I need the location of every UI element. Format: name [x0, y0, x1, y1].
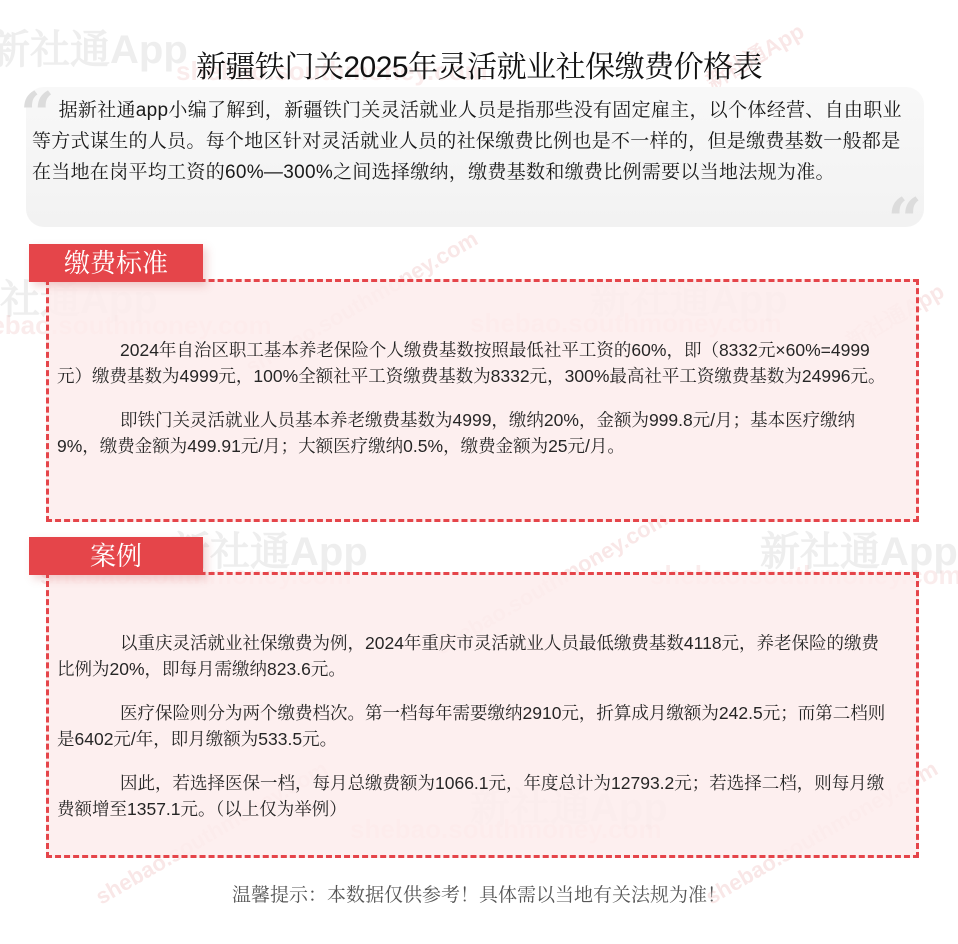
- section-paragraph: 即铁门关灵活就业人员基本养老缴费基数为4999，缴纳20%，金额为999.8元/…: [57, 407, 894, 459]
- section-standard: 2024年自治区职工基本养老保险个人缴费基数按照最低社平工资的60%，即（833…: [46, 279, 919, 522]
- section-paragraph: 以重庆灵活就业社保缴费为例，2024年重庆市灵活就业人员最低缴费基数4118元，…: [57, 630, 894, 682]
- section-heading-standard: 缴费标准: [29, 244, 203, 282]
- intro-card: “ 据新社通app小编了解到，新疆铁门关灵活就业人员是指那些没有固定雇主，以个体…: [26, 87, 924, 227]
- section-heading-case: 案例: [29, 537, 203, 575]
- section-paragraph: 因此，若选择医保一档，每月总缴费额为1066.1元，年度总计为12793.2元；…: [57, 770, 894, 822]
- section-paragraph: 医疗保险则分为两个缴费档次。第一档每年需要缴纳2910元，折算成月缴额为242.…: [57, 700, 894, 752]
- intro-text: 据新社通app小编了解到，新疆铁门关灵活就业人员是指那些没有固定雇主，以个体经营…: [32, 95, 912, 188]
- footer-note: 温馨提示：本数据仅供参考！具体需以当地有关法规为准！: [0, 880, 958, 907]
- page-title: 新疆铁门关2025年灵活就业社保缴费价格表: [0, 42, 958, 86]
- quote-open-icon: “: [20, 85, 55, 145]
- quote-close-icon: “: [887, 191, 922, 251]
- section-case: 以重庆灵活就业社保缴费为例，2024年重庆市灵活就业人员最低缴费基数4118元，…: [46, 572, 919, 858]
- watermark-app-text: 新社通App: [760, 520, 958, 577]
- section-paragraph: 2024年自治区职工基本养老保险个人缴费基数按照最低社平工资的60%，即（833…: [57, 337, 894, 389]
